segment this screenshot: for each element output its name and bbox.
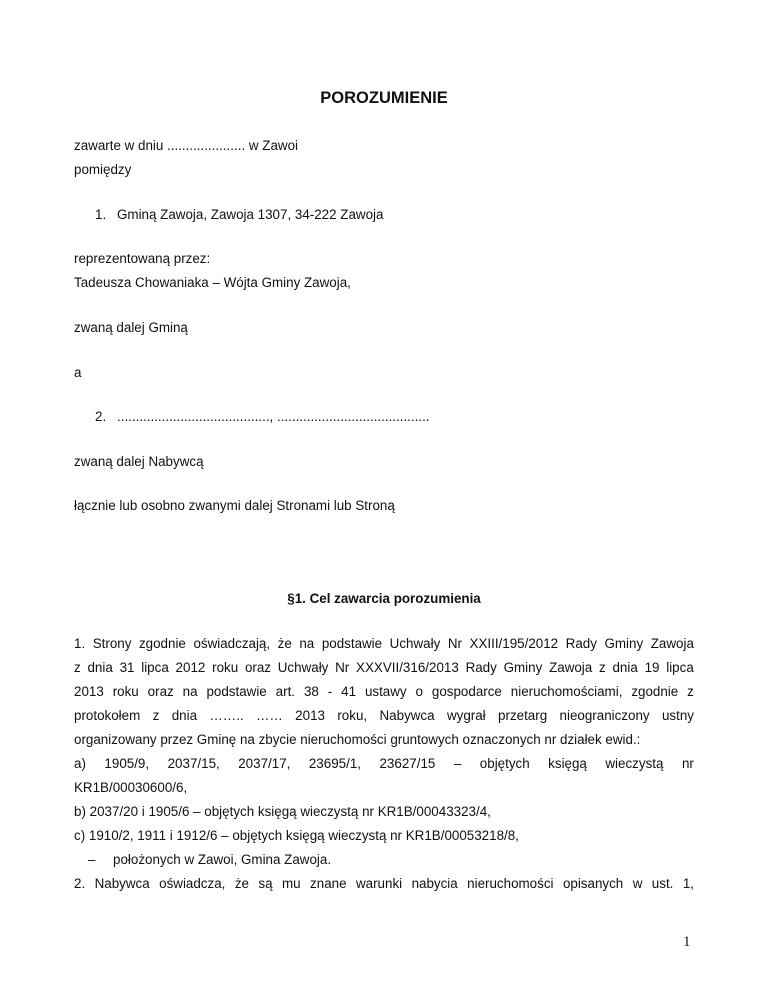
party1-number: 1.: [95, 207, 117, 223]
item-b: b) 2037/20 i 1905/6 – objętych księgą wi…: [74, 804, 491, 820]
dash-bullet-icon: –: [88, 852, 113, 868]
document-page: POROZUMIENIE zawarte w dniu ............…: [0, 0, 768, 994]
page-number: 1: [683, 934, 691, 951]
party1-item: 1.Gminą Zawoja, Zawoja 1307, 34-222 Zawo…: [95, 207, 383, 223]
party2-item: 2.......................................…: [95, 409, 430, 425]
party2-called: zwaną dalej Nabywcą: [74, 454, 204, 470]
party2-placeholder: ........................................…: [117, 409, 430, 424]
conjunction: a: [74, 365, 81, 381]
item-a-line1: a)1905/9,2037/15,2037/17,23695/1,23627/1…: [74, 756, 694, 772]
party2-number: 2.: [95, 409, 117, 425]
paragraph1-line: 1.Stronyzgodnieoświadczają,żenapodstawie…: [74, 636, 694, 652]
date-line: zawarte w dniu ..................... w Z…: [74, 138, 298, 154]
document-title: POROZUMIENIE: [0, 89, 768, 108]
jointly-clause: łącznie lub osobno zwanymi dalej Stronam…: [74, 498, 395, 514]
paragraph1-line-text: protokołemzdnia……..……2013roku,Nabywcawyg…: [74, 708, 694, 724]
item-a-line2: KR1B/00030600/6,: [74, 780, 187, 796]
paragraph1-line-text: 1.Stronyzgodnieoświadczają,żenapodstawie…: [74, 636, 694, 652]
paragraph2-line1-text: 2.Nabywcaoświadcza,żesąmuznanewarunkinab…: [74, 876, 694, 892]
located-item: –położonych w Zawoi, Gmina Zawoja.: [88, 852, 331, 868]
located-text: położonych w Zawoi, Gmina Zawoja.: [113, 852, 331, 867]
paragraph1-last-line: organizowany przez Gminę na zbycie nieru…: [74, 732, 640, 748]
item-c: c) 1910/2, 1911 i 1912/6 – objętych księ…: [74, 828, 519, 844]
represented-by-label: reprezentowaną przez:: [74, 251, 210, 267]
section1-title: §1. Cel zawarcia porozumienia: [0, 591, 768, 606]
party1-called: zwaną dalej Gminą: [74, 320, 188, 336]
representative: Tadeusza Chowaniaka – Wójta Gminy Zawoja…: [74, 275, 351, 291]
paragraph1-line: protokołemzdnia……..……2013roku,Nabywcawyg…: [74, 708, 694, 724]
paragraph1-line: zdnia31lipca2012rokuorazUchwałyNrXXXVII/…: [74, 660, 694, 676]
paragraph2-line1: 2.Nabywcaoświadcza,żesąmuznanewarunkinab…: [74, 876, 694, 892]
party1-text: Gminą Zawoja, Zawoja 1307, 34-222 Zawoja: [117, 207, 383, 222]
between-label: pomiędzy: [74, 162, 131, 178]
paragraph1-line-text: zdnia31lipca2012rokuorazUchwałyNrXXXVII/…: [74, 660, 694, 676]
item-a-line1-text: a)1905/9,2037/15,2037/17,23695/1,23627/1…: [74, 756, 694, 772]
paragraph1-line-text: 2013rokuoraznapodstawieart.38-41ustawyog…: [74, 684, 694, 700]
paragraph1-line: 2013rokuoraznapodstawieart.38-41ustawyog…: [74, 684, 694, 700]
